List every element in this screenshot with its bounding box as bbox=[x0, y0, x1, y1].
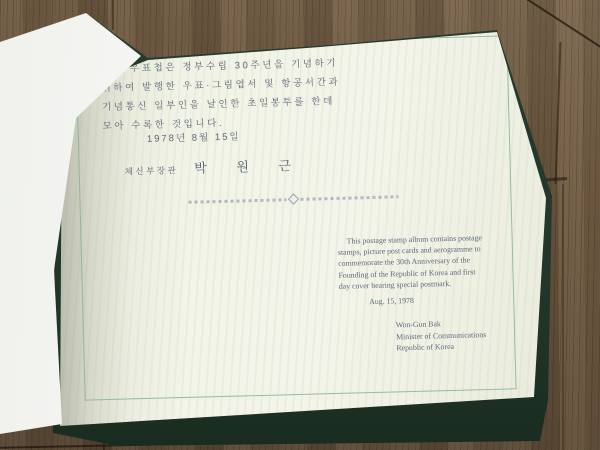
english-dedication: This postage stamp album contains postag… bbox=[337, 232, 498, 292]
divider-ornament bbox=[188, 192, 398, 205]
korean-date: 1978년 8월 15일 bbox=[147, 128, 241, 144]
divider-chain bbox=[189, 198, 287, 204]
korean-signature: 체신부장관 박 원 근 bbox=[124, 155, 295, 178]
floor-plank-seam bbox=[562, 184, 564, 450]
floor-plank-seam bbox=[112, 0, 114, 30]
divider-diamond-icon bbox=[288, 193, 299, 204]
english-signature: Won-Gun Bak Minister of Communications R… bbox=[396, 317, 487, 354]
korean-dedication: 이 우표첩은 정부수립 30주년을 기념하기 위하여 발행한 우표·그림엽서 및… bbox=[101, 54, 342, 136]
signatory-title: 체신부장관 bbox=[125, 164, 179, 177]
english-signatory-country: Republic of Korea bbox=[396, 340, 486, 354]
page-border-frame: 이 우표첩은 정부수립 30주년을 기념하기 위하여 발행한 우표·그림엽서 및… bbox=[75, 35, 516, 400]
signatory-name: 박 원 근 bbox=[194, 155, 295, 177]
english-date: Aug. 15, 1978 bbox=[369, 296, 414, 306]
floor-plank-seam bbox=[555, 42, 562, 184]
floor-plank-seam bbox=[526, 0, 600, 53]
divider-chain bbox=[300, 195, 398, 201]
